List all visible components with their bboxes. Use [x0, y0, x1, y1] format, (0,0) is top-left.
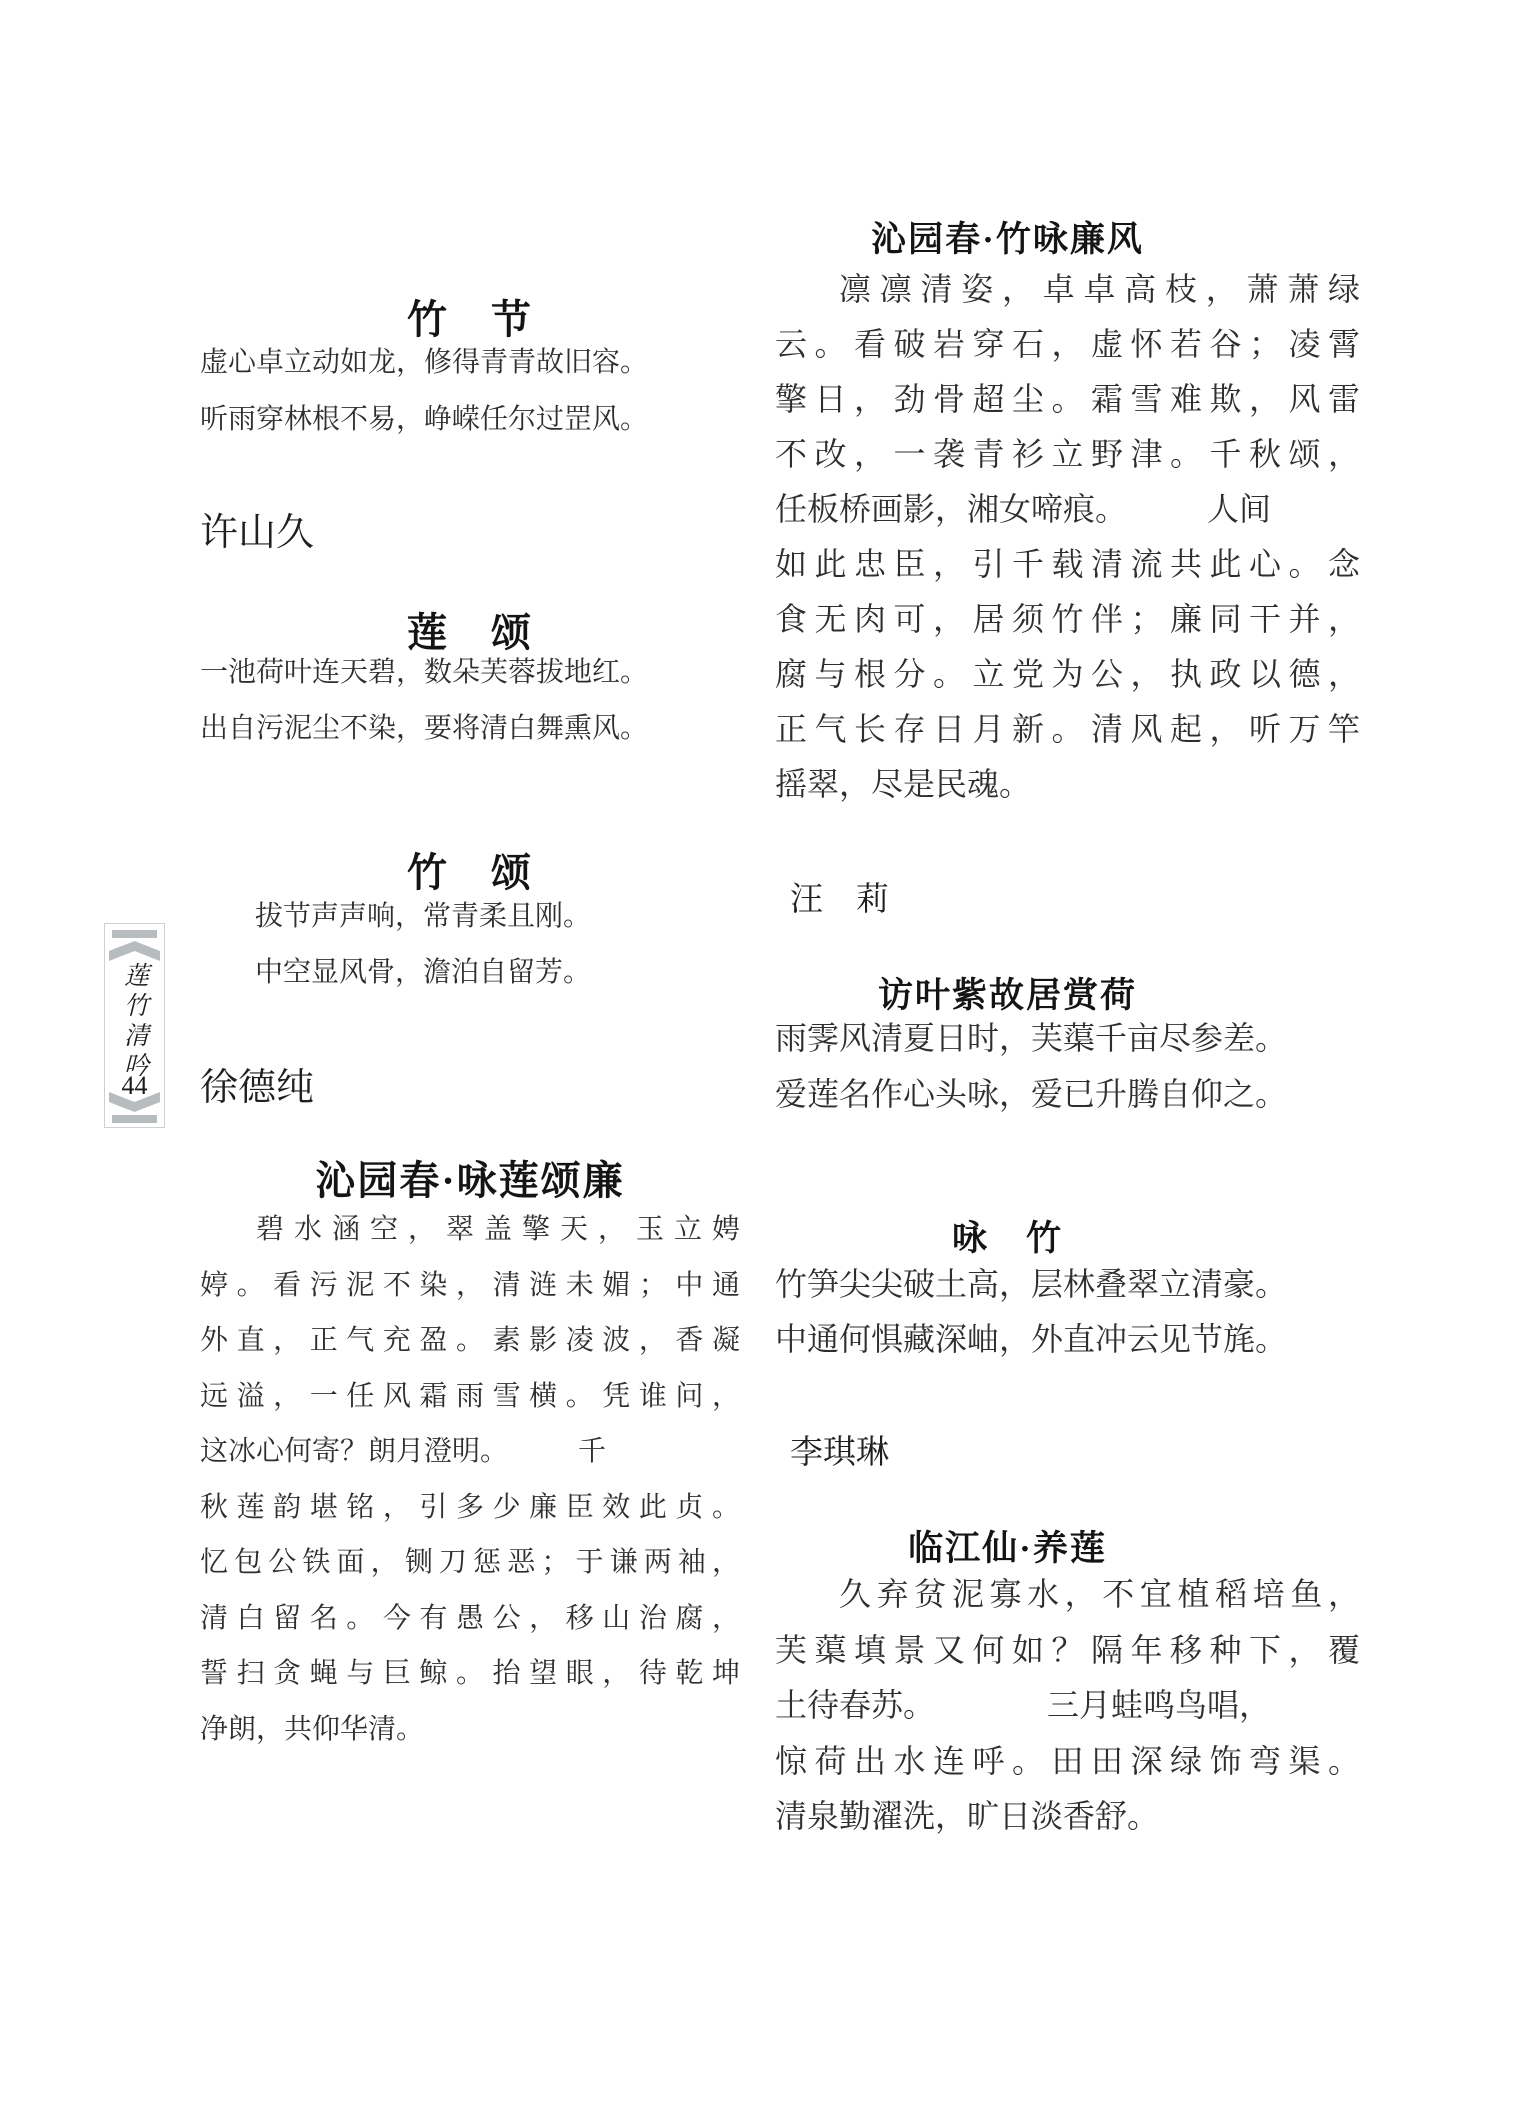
poem-verse-linjiangxian-yanglian: 久弃贫泥寡水，不宜植稻培鱼， 芙蕖填景又何如？隔年移种下，覆 土待春苏。 三月蛙…	[775, 1567, 1360, 1845]
verse-line: 外直，正气充盈。素影凌波，香凝	[200, 1313, 740, 1369]
verse-line: 出自污泥尘不染，要将清白舞熏风。	[200, 701, 740, 757]
verse-line: 这冰心何寄？朗月澄明。 千	[200, 1424, 740, 1480]
verse-line: 土待春苏。 三月蛙鸣鸟唱，	[775, 1678, 1360, 1734]
verse-line: 婷。看污泥不染，清涟未媚；中通	[200, 1258, 740, 1314]
left-column: 竹 节 虚心卓立动如龙，修得青青故旧容。 听雨穿林根不易，峥嵘任尔过罡风。 许山…	[200, 0, 740, 2115]
verse-line: 摇翠，尽是民魂。	[775, 757, 1360, 812]
verse-line: 远溢，一任风霜雨雪横。凭谁问，	[200, 1369, 740, 1425]
verse-line: 一池荷叶连天碧，数朵芙蓉拔地红。	[200, 645, 740, 701]
verse-line: 如此忠臣，引千载清流共此心。念	[775, 537, 1360, 592]
verse-line: 不改，一袭青衫立野津。千秋颂，	[775, 427, 1360, 482]
poem-title-qinyuanchun-zhuyong: 沁园春·竹咏廉风	[775, 215, 1360, 265]
verse-line: 竹笋尖尖破土高，层林叠翠立清豪。	[775, 1257, 1360, 1312]
verse-line: 云。看破岩穿石，虚怀若谷；凌霄	[775, 317, 1360, 372]
right-column: 沁园春·竹咏廉风 凛凛清姿，卓卓高枝，萧萧绿 云。看破岩穿石，虚怀若谷；凌霄 擎…	[775, 0, 1360, 2115]
verse-line: 听雨穿林根不易，峥嵘任尔过罡风。	[200, 391, 740, 448]
verse-line: 正气长存日月新。清风起，听万竿	[775, 702, 1360, 757]
verse-line: 虚心卓立动如龙，修得青青故旧容。	[200, 334, 740, 391]
verse-line: 中通何惧藏深岫，外直冲云见节旄。	[775, 1312, 1360, 1367]
verse-line: 忆包公铁面，铡刀惩恶；于谦两袖，	[200, 1535, 740, 1591]
verse-line: 清泉勤濯洗，旷日淡香舒。	[775, 1789, 1360, 1845]
poem-author-li-qilin: 李琪琳	[775, 1428, 1375, 1478]
verse-line: 擎日，劲骨超尘。霜雪难欺，风雷	[775, 372, 1360, 427]
poem-verse-zhu-song: 拔节声声响，常青柔且刚。 中空显风骨，澹泊自留芳。	[255, 889, 591, 1001]
verse-line: 中空显风骨，澹泊自留芳。	[255, 945, 591, 1001]
verse-line: 净朗，共仰华清。	[200, 1702, 740, 1758]
poem-verse-yong-zhu: 竹笋尖尖破土高，层林叠翠立清豪。 中通何惧藏深岫，外直冲云见节旄。	[775, 1257, 1360, 1367]
poem-verse-lian-song: 一池荷叶连天碧，数朵芙蓉拔地红。 出自污泥尘不染，要将清白舞熏风。	[200, 645, 740, 757]
poem-title-qinyuanchun-yonglian: 沁园春·咏莲颂廉	[200, 1156, 740, 1206]
verse-line: 清白留名。今有愚公，移山治腐，	[200, 1591, 740, 1647]
poem-verse-qinyuanchun-yonglian: 碧水涵空，翠盖擎天，玉立娉 婷。看污泥不染，清涟未媚；中通 外直，正气充盈。素影…	[200, 1202, 740, 1757]
verse-line: 凛凛清姿，卓卓高枝，萧萧绿	[775, 262, 1360, 317]
verse-line: 芙蕖填景又何如？隔年移种下，覆	[775, 1623, 1360, 1679]
bookmark-top-bar	[112, 930, 157, 938]
verse-line: 爱莲名作心头咏，爱已升腾自仰之。	[775, 1066, 1360, 1122]
page-margin-bookmark: 莲竹清吟 44	[104, 923, 165, 1128]
book-title-vertical: 莲竹清吟	[117, 962, 153, 1082]
book-page: 莲竹清吟 44 竹 节 虚心卓立动如龙，修得青青故旧容。 听雨穿林根不易，峥嵘任…	[0, 0, 1525, 2115]
poem-author-xu-dechun: 徐德纯	[200, 1063, 740, 1113]
verse-line: 雨霁风清夏日时，芙蕖千亩尽参差。	[775, 1010, 1360, 1066]
verse-line: 食无肉可，居须竹伴；廉同干并，	[775, 592, 1360, 647]
poem-verse-fang-yezi: 雨霁风清夏日时，芙蕖千亩尽参差。 爱莲名作心头咏，爱已升腾自仰之。	[775, 1010, 1360, 1122]
verse-line: 任板桥画影，湘女啼痕。 人间	[775, 482, 1360, 537]
verse-line: 腐与根分。立党为公，执政以德，	[775, 647, 1360, 702]
verse-line: 拔节声声响，常青柔且刚。	[255, 889, 591, 945]
poem-author-xu-shanjiu: 许山久	[200, 508, 740, 558]
verse-line: 秋莲韵堪铭，引多少廉臣效此贞。	[200, 1480, 740, 1536]
poem-author-wang-li: 汪 莉	[775, 875, 1375, 925]
poem-verse-zhu-jie: 虚心卓立动如龙，修得青青故旧容。 听雨穿林根不易，峥嵘任尔过罡风。	[200, 334, 740, 448]
verse-line: 久弃贫泥寡水，不宜植稻培鱼，	[775, 1567, 1360, 1623]
poem-verse-qinyuanchun-zhuyong: 凛凛清姿，卓卓高枝，萧萧绿 云。看破岩穿石，虚怀若谷；凌霄 擎日，劲骨超尘。霜雪…	[775, 262, 1360, 812]
verse-line: 惊荷出水连呼。田田深绿饰弯渠。	[775, 1734, 1360, 1790]
verse-line: 碧水涵空，翠盖擎天，玉立娉	[200, 1202, 740, 1258]
verse-line: 誓扫贪蝇与巨鲸。抬望眼，待乾坤	[200, 1646, 740, 1702]
bookmark-bottom-bar	[112, 1115, 157, 1123]
bookmark-chevron-up-icon	[109, 941, 160, 961]
